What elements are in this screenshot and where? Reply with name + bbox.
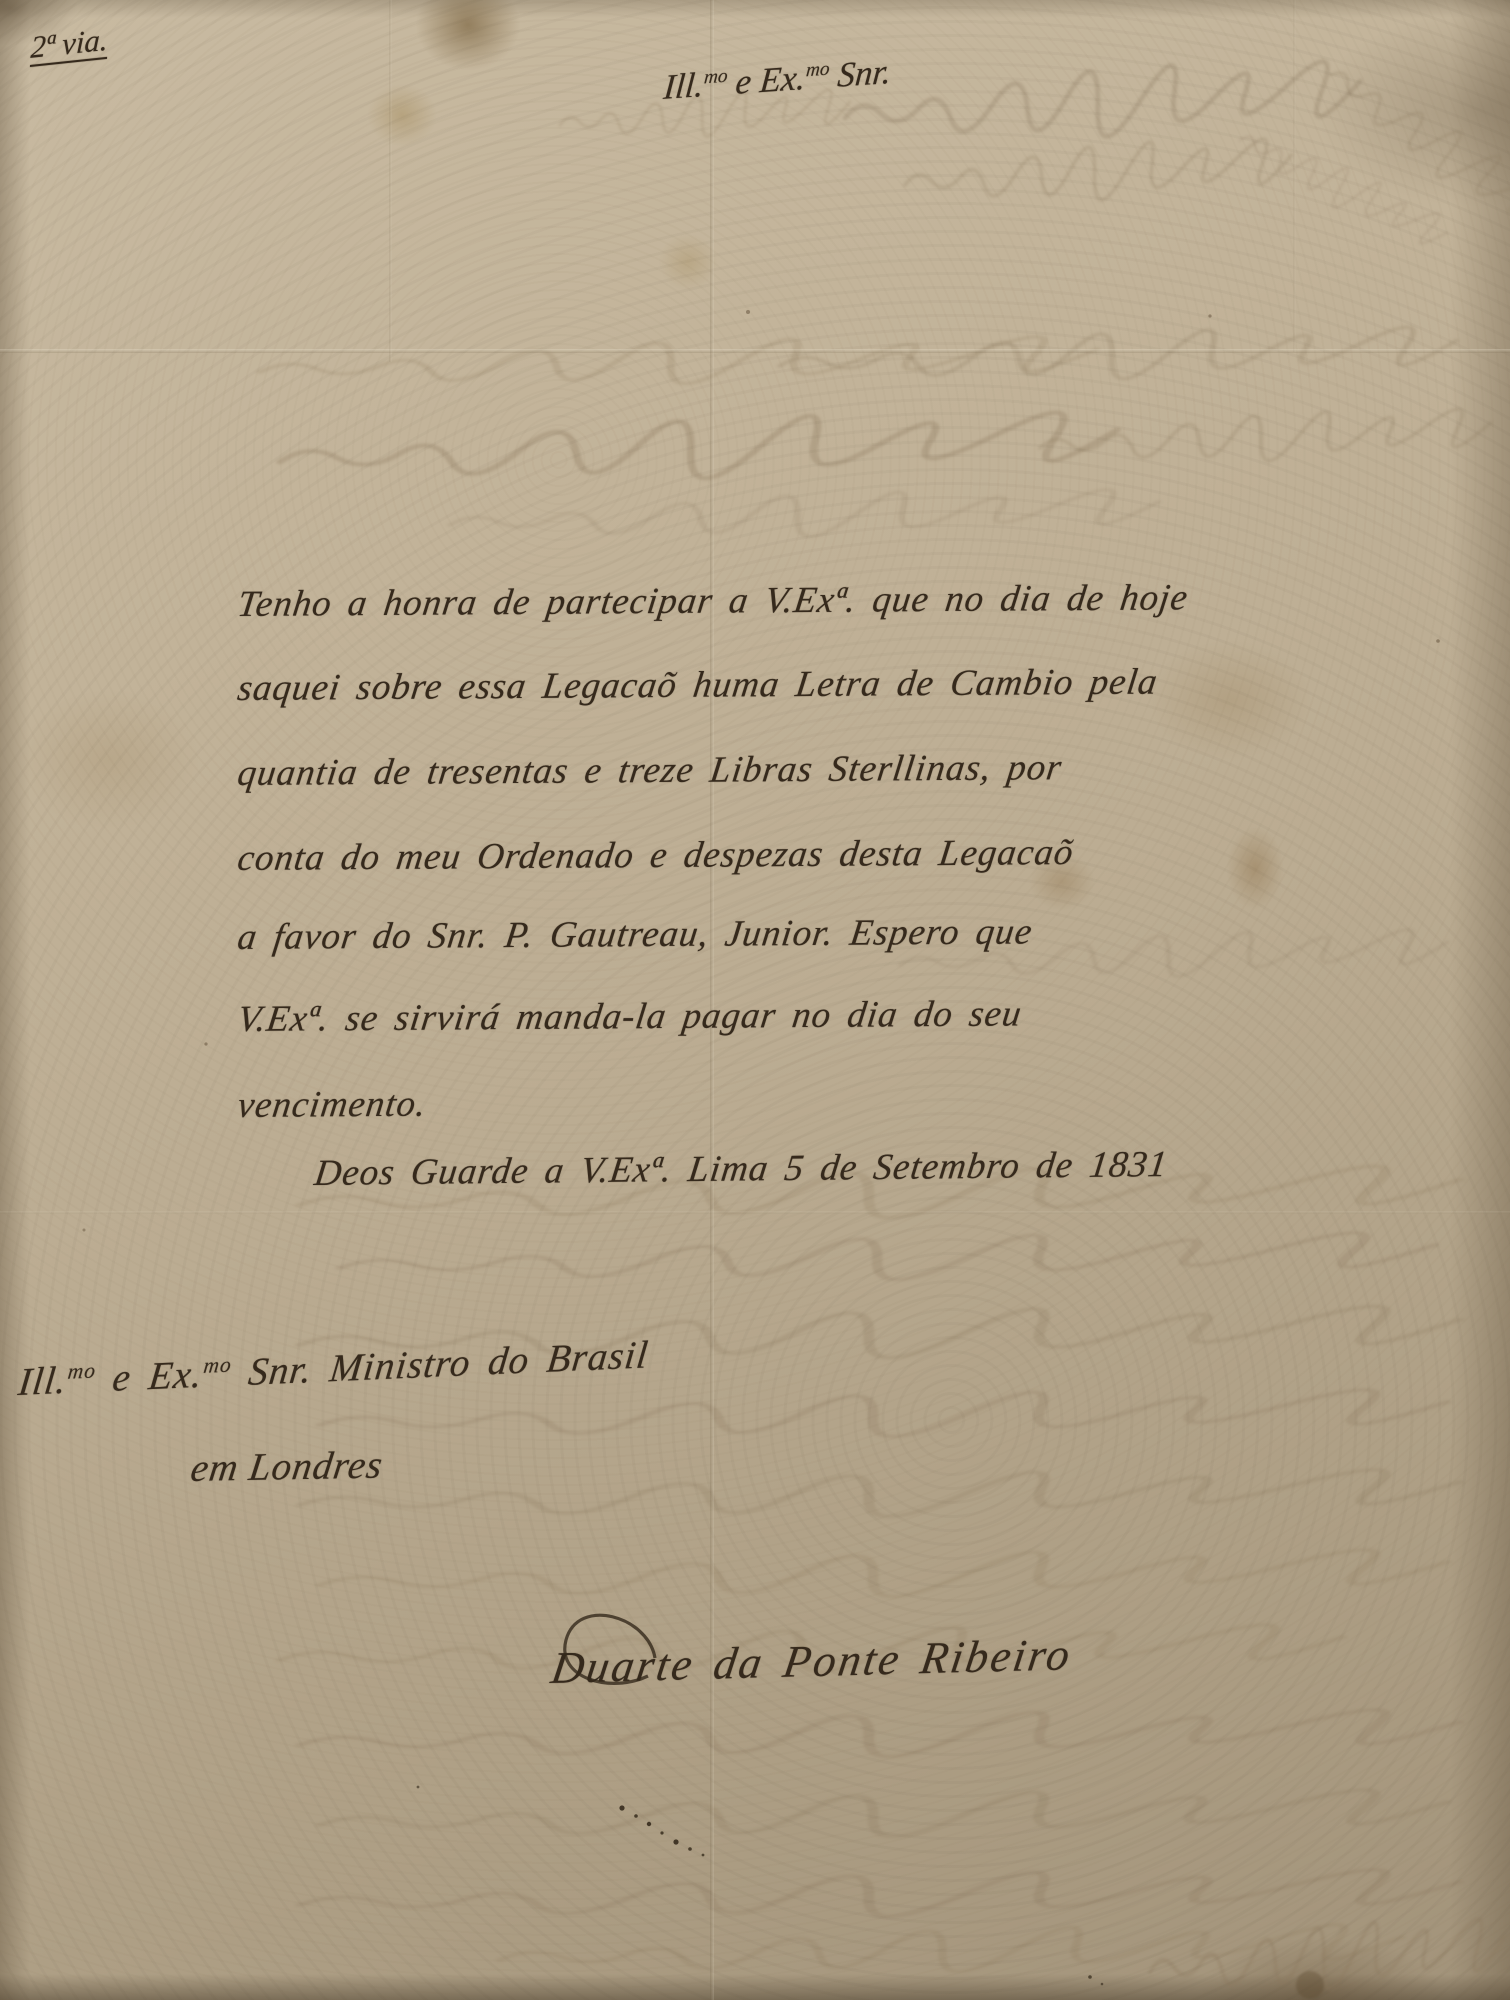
fold-crease-vertical <box>1293 0 1296 352</box>
addressee-line: Ill.mo e Ex.mo Snr. Ministro do Brasil <box>16 1332 651 1405</box>
body-line: a favor do Snr. P. Gautreau, Junior. Esp… <box>235 910 1035 959</box>
body-line: quantia de tresentas e treze Libras Ster… <box>235 746 1065 795</box>
salutation-text: e Ex. <box>725 58 807 103</box>
fold-crease-horizontal <box>0 1211 1510 1214</box>
addressee-superscript: mo <box>67 1358 98 1383</box>
addressee-text: Ill. <box>16 1359 69 1404</box>
addressee-line: em Londres <box>188 1443 386 1491</box>
body-line: vencimento. <box>235 1083 429 1127</box>
body-line: saquei sobre essa Legacaõ huma Letra de … <box>235 661 1161 710</box>
salutation-superscript: mo <box>805 58 830 81</box>
addressee-superscript: mo <box>202 1352 233 1377</box>
fold-crease-horizontal <box>0 349 1510 353</box>
addressee-text: e Ex. <box>93 1353 206 1401</box>
salutation-superscript: mo <box>703 66 728 89</box>
salutation-text: Snr. <box>827 52 893 96</box>
copy-note: 2ª via. <box>30 22 108 66</box>
salutation: Ill.mo e Ex.mo Snr. <box>662 52 893 108</box>
signature: Duarte da Ponte Ribeiro <box>548 1628 1076 1694</box>
valediction-dateline: Deos Guarde a V.Exª. Lima 5 de Setembro … <box>312 1143 1170 1195</box>
body-line: Tenho a honra de partecipar a V.Exª. que… <box>235 576 1191 626</box>
salutation-text: Ill. <box>662 65 705 107</box>
manuscript-page: 2ª via. Ill.mo e Ex.mo Snr. Tenho a honr… <box>0 0 1510 2000</box>
fold-crease-vertical <box>389 0 392 362</box>
body-line: conta do meu Ordenado e despezas desta L… <box>235 831 1076 880</box>
addressee-text: Snr. Ministro do Brasil <box>228 1333 650 1394</box>
body-line: V.Exª. se sirvirá manda-la pagar no dia … <box>235 992 1025 1041</box>
